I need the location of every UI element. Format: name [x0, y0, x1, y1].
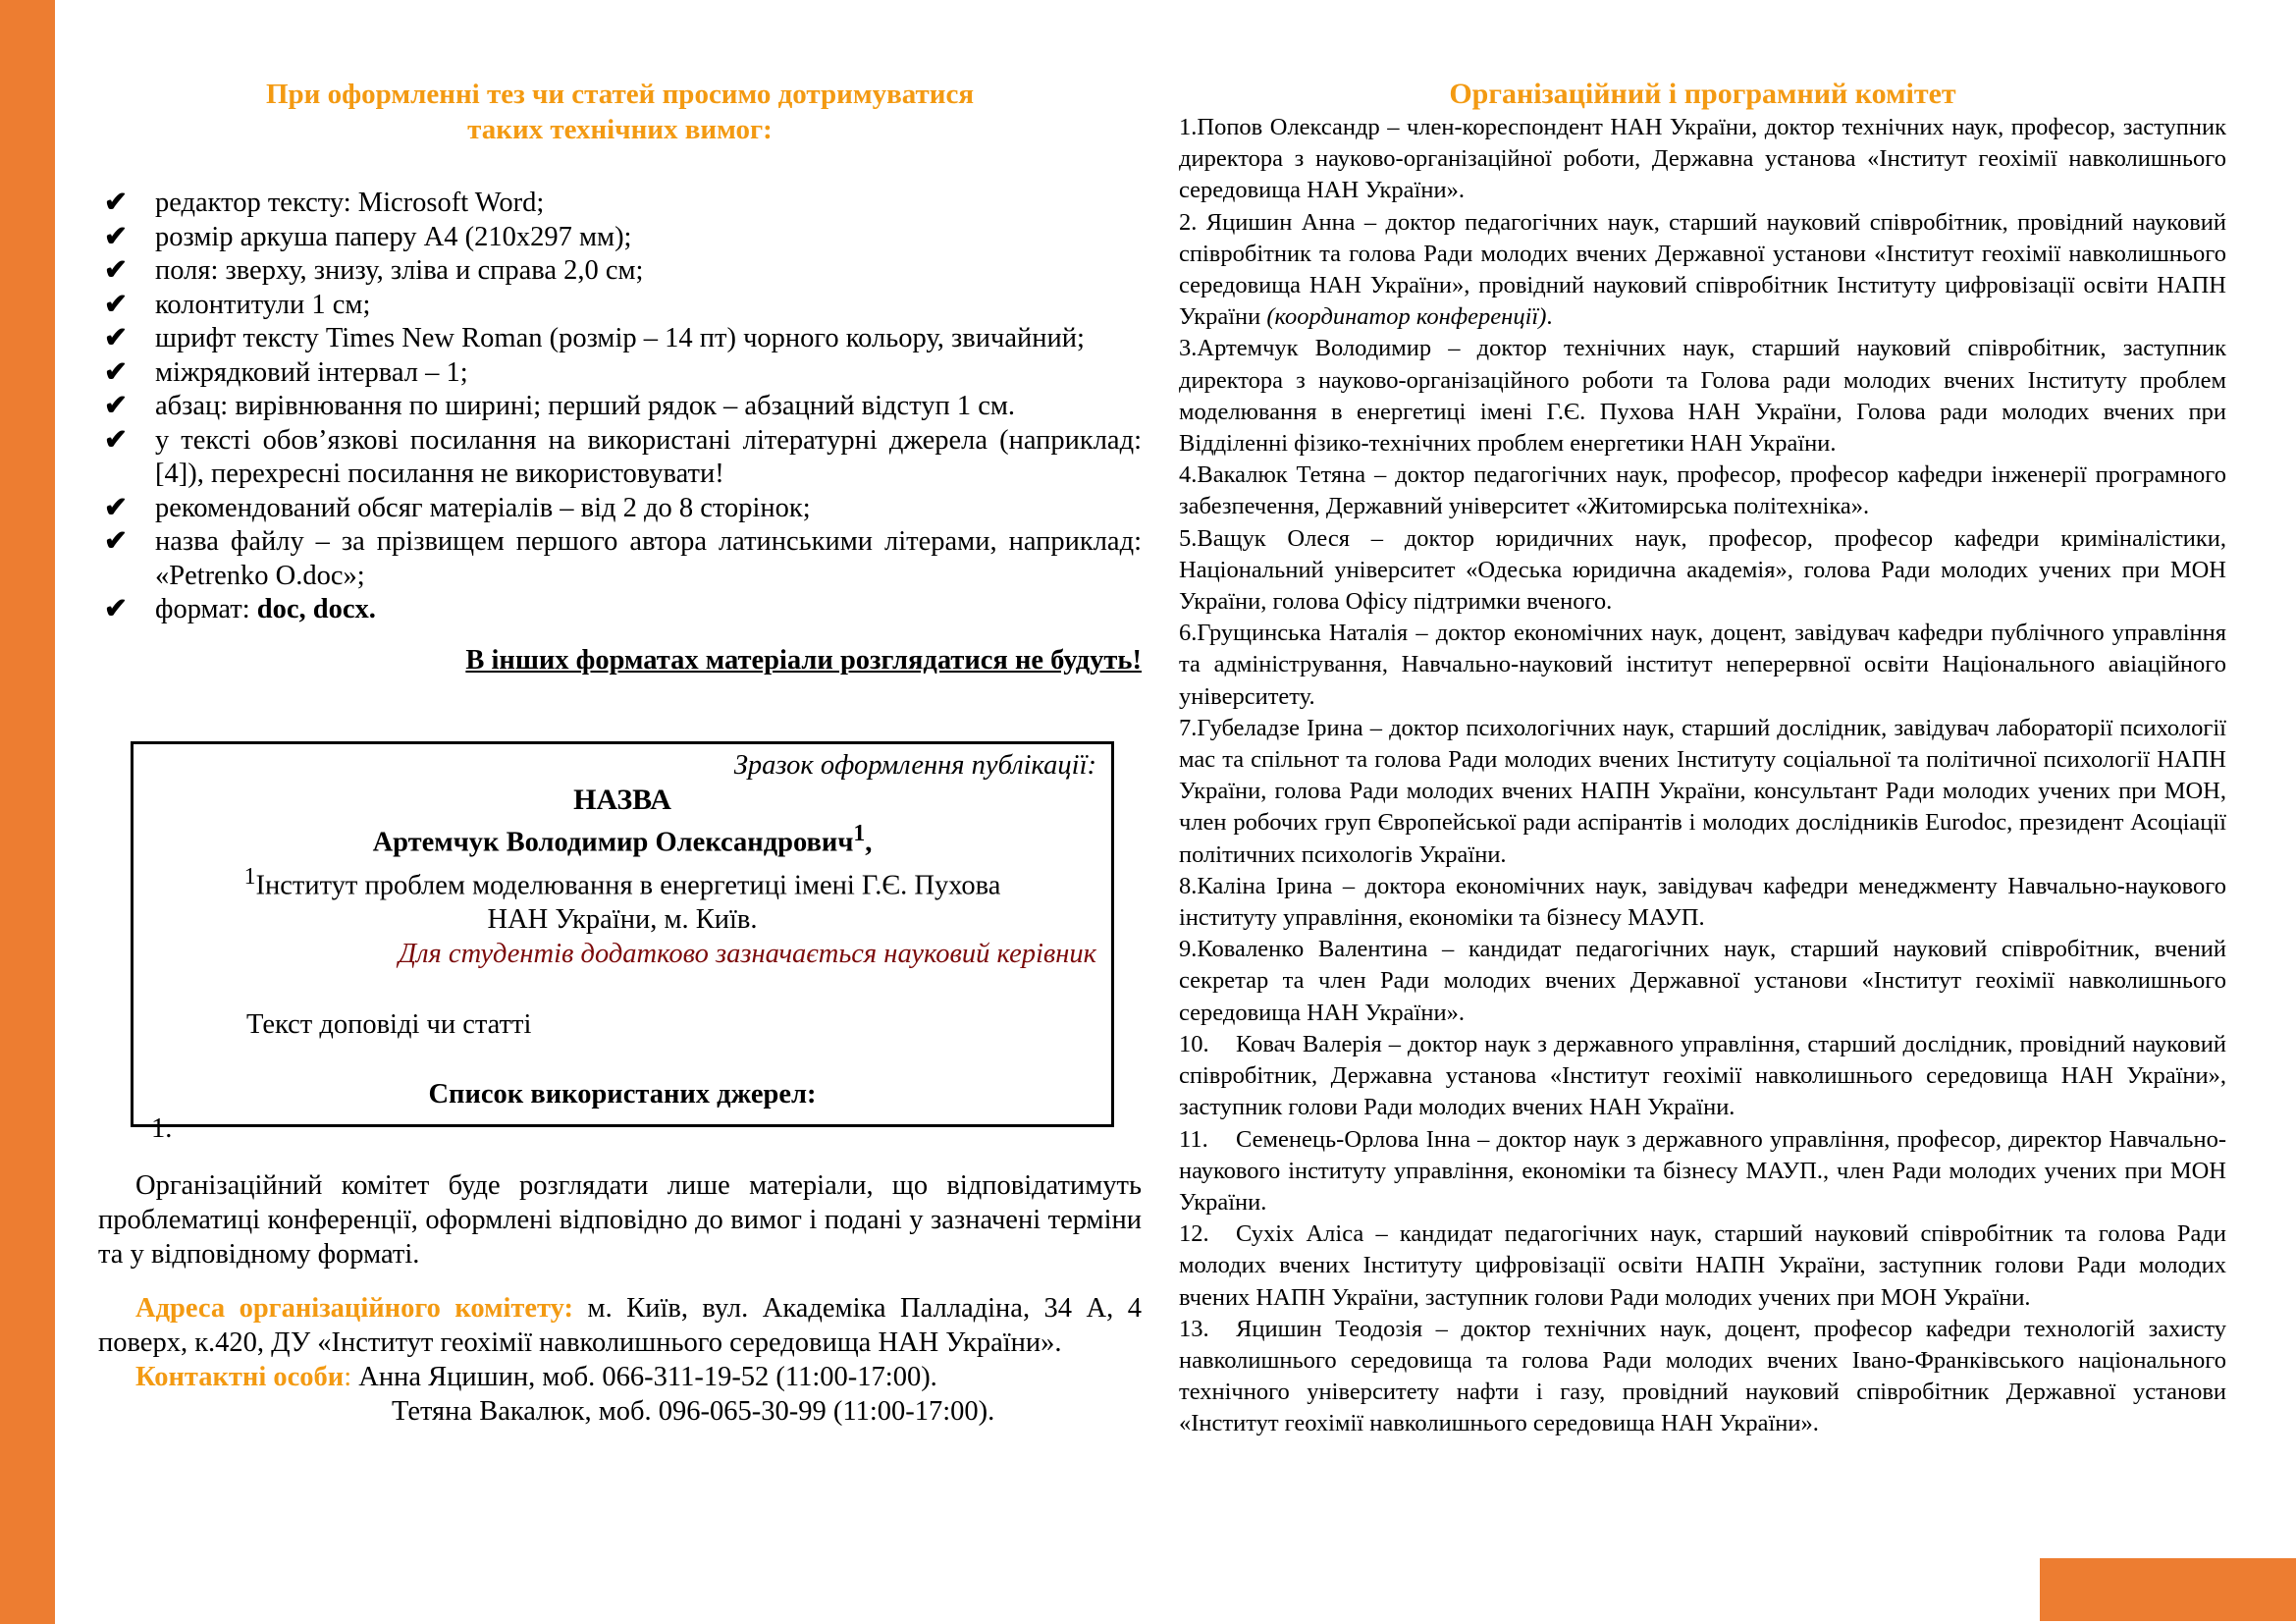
sample-author-suffix: , — [865, 828, 872, 858]
committee-member-text: Сухіх Аліса – кандидат педагогічних наук… — [1179, 1220, 2226, 1310]
publication-sample-box: Зразок оформлення публікації: НАЗВА Арте… — [131, 741, 1114, 1127]
requirement-text: абзац: вирівнювання по ширині; перший ря… — [155, 391, 1015, 421]
requirement-text: міжрядковий інтервал – 1; — [155, 357, 468, 388]
committee-member-number: 3. — [1179, 335, 1197, 361]
notice-paragraph: Організаційний комітет буде розглядати л… — [98, 1168, 1142, 1272]
check-icon: ✔ — [104, 289, 128, 323]
committee-member: 12.Сухіх Аліса – кандидат педагогічних н… — [1179, 1218, 2226, 1314]
sample-affiliation-line2: НАН України, м. Київ. — [148, 902, 1096, 937]
committee-member: 11.Семенець-Орлова Інна – доктор наук з … — [1179, 1124, 2226, 1219]
check-icon: ✔ — [104, 187, 128, 221]
committee-member: 1.Попов Олександр – член-кореспондент НА… — [1179, 112, 2226, 207]
committee-column: Організаційний і програмний комітет 1.По… — [1179, 77, 2226, 1440]
committee-member: 5.Ващук Олеся – доктор юридичних наук, п… — [1179, 523, 2226, 619]
committee-member: 13.Яцишин Теодозія – доктор технічних на… — [1179, 1314, 2226, 1440]
committee-member-text: Вакалюк Тетяна – доктор педагогічних нау… — [1179, 461, 2226, 519]
left-accent-bar — [0, 0, 55, 1624]
committee-member-number: 9. — [1179, 936, 1197, 962]
committee-member-number: 12. — [1179, 1218, 1236, 1250]
committee-member-number: 6. — [1179, 620, 1197, 646]
address-label: Адреса організаційного комітету: — [135, 1293, 573, 1324]
committee-member-text: Губеладзе Ірина – доктор психологічних н… — [1179, 715, 2226, 868]
committee-member-text: Яцишин Теодозія – доктор технічних наук,… — [1179, 1316, 2226, 1437]
requirement-text: розмір аркуша паперу А4 (210х297 мм); — [155, 222, 631, 252]
format-warning: В інших форматах матеріали розглядатися … — [98, 644, 1142, 677]
requirement-item: ✔розмір аркуша паперу А4 (210х297 мм); — [98, 221, 1142, 255]
committee-member-number: 2. — [1179, 209, 1206, 236]
committee-member-text: Артемчук Володимир – доктор технічних на… — [1179, 335, 2226, 457]
committee-member-tail: . — [1546, 303, 1552, 330]
format-label: формат: — [155, 594, 257, 624]
check-icon: ✔ — [104, 492, 128, 526]
requirement-text: у тексті обов’язкові посилання на викори… — [155, 425, 1142, 490]
requirement-item: ✔редактор тексту: Microsoft Word; — [98, 187, 1142, 221]
committee-member-number: 4. — [1179, 461, 1197, 488]
requirement-text: поля: зверху, знизу, зліва и справа 2,0 … — [155, 255, 643, 286]
requirement-text: рекомендований обсяг матеріалів – від 2 … — [155, 493, 811, 523]
sample-author: Артемчук Володимир Олександрович1, — [148, 817, 1096, 860]
committee-member: 6.Грущинська Наталія – доктор економічни… — [1179, 618, 2226, 713]
committee-member-number: 11. — [1179, 1124, 1236, 1156]
committee-member-text: Ковач Валерія – доктор наук з державного… — [1179, 1031, 2226, 1120]
sample-refs-heading: Список використаних джерел: — [148, 1077, 1096, 1111]
sample-student-note: Для студентів додатково зазначається нау… — [148, 937, 1096, 971]
committee-member: 2. Яцишин Анна – доктор педагогічних нау… — [1179, 207, 2226, 334]
contacts-colon: : — [344, 1362, 358, 1392]
committee-member-text: Ващук Олеся – доктор юридичних наук, про… — [1179, 525, 2226, 615]
sample-affiliation-sup: 1 — [244, 864, 256, 890]
check-icon: ✔ — [104, 593, 128, 627]
requirement-item: ✔поля: зверху, знизу, зліва и справа 2,0… — [98, 254, 1142, 289]
check-icon: ✔ — [104, 322, 128, 356]
sample-affiliation-line1: Інститут проблем моделювання в енергетиц… — [256, 870, 1001, 900]
committee-member-number: 13. — [1179, 1314, 1236, 1345]
requirement-text: шрифт тексту Times New Roman (розмір – 1… — [155, 323, 1085, 353]
requirement-text: назва файлу – за прізвищем першого автор… — [155, 526, 1142, 591]
format-value: doc, docx. — [257, 594, 376, 624]
committee-member: 7.Губеладзе Ірина – доктор психологічних… — [1179, 713, 2226, 871]
committee-member-text: Попов Олександр – член-кореспондент НАН … — [1179, 114, 2226, 203]
contacts-line-2: Тетяна Вакалюк, моб. 096-065-30-99 (11:0… — [98, 1394, 1142, 1429]
requirement-item: ✔колонтитули 1 см; — [98, 289, 1142, 323]
requirements-list: ✔редактор тексту: Microsoft Word; ✔розмі… — [98, 187, 1142, 627]
requirement-item-format: ✔формат: doc, docx. — [98, 593, 1142, 627]
check-icon: ✔ — [104, 390, 128, 424]
sample-author-sup: 1 — [853, 821, 865, 846]
check-icon: ✔ — [104, 424, 128, 459]
committee-member-text: Коваленко Валентина – кандидат педагогіч… — [1179, 936, 2226, 1025]
committee-member-number: 8. — [1179, 873, 1197, 899]
requirement-item: ✔рекомендований обсяг матеріалів – від 2… — [98, 492, 1142, 526]
requirements-heading-line2: таких технічних вимог: — [98, 112, 1142, 147]
committee-member: 9.Коваленко Валентина – кандидат педагог… — [1179, 934, 2226, 1029]
committee-member-number: 7. — [1179, 715, 1197, 741]
committee-member-number: 10. — [1179, 1029, 1236, 1060]
contacts-line-1: Контактні особи: Анна Яцишин, моб. 066-3… — [98, 1360, 1142, 1394]
committee-heading: Організаційний і програмний комітет — [1179, 77, 2226, 112]
requirements-column: При оформленні тез чи статей просимо дот… — [98, 77, 1142, 677]
committee-member-number: 1. — [1179, 114, 1197, 140]
sample-title: НАЗВА — [148, 783, 1096, 817]
committee-member-number: 5. — [1179, 525, 1197, 552]
sample-author-name: Артемчук Володимир Олександрович — [373, 828, 854, 858]
requirements-heading: При оформленні тез чи статей просимо дот… — [98, 77, 1142, 147]
corner-accent-bar — [2040, 1558, 2296, 1621]
contact-block: Організаційний комітет буде розглядати л… — [98, 1168, 1142, 1429]
check-icon: ✔ — [104, 525, 128, 560]
contacts-label: Контактні особи — [135, 1362, 344, 1392]
committee-member: 8.Каліна Ірина – доктора економічних нау… — [1179, 871, 2226, 934]
requirement-text: колонтитули 1 см; — [155, 290, 370, 320]
committee-member-text: Семенець-Орлова Інна – доктор наук з дер… — [1179, 1126, 2226, 1216]
coordinator-note: (координатор конференції) — [1266, 303, 1546, 330]
check-icon: ✔ — [104, 221, 128, 255]
committee-member: 10.Ковач Валерія – доктор наук з державн… — [1179, 1029, 2226, 1124]
contact-person-2: Тетяна Вакалюк, моб. 096-065-30-99 (11:0… — [392, 1396, 994, 1427]
contact-person-1: Анна Яцишин, моб. 066-311-19-52 (11:00-1… — [358, 1362, 937, 1392]
committee-member-text: Каліна Ірина – доктора економічних наук,… — [1179, 873, 2226, 931]
sample-body-text: Текст доповіді чи статті — [148, 1007, 1096, 1042]
committee-member: 4.Вакалюк Тетяна – доктор педагогічних н… — [1179, 460, 2226, 522]
check-icon: ✔ — [104, 254, 128, 289]
check-icon: ✔ — [104, 356, 128, 391]
requirement-item: ✔назва файлу – за прізвищем першого авто… — [98, 525, 1142, 593]
sample-affiliation: 1Інститут проблем моделювання в енергети… — [148, 860, 1096, 903]
committee-member: 3.Артемчук Володимир – доктор технічних … — [1179, 333, 2226, 460]
sample-ref-first: 1. — [148, 1111, 1096, 1146]
address-paragraph: Адреса організаційного комітету: м. Київ… — [98, 1291, 1142, 1360]
committee-list: 1.Попов Олександр – член-кореспондент НА… — [1179, 112, 2226, 1440]
requirement-text: редактор тексту: Microsoft Word; — [155, 188, 544, 218]
requirement-item: ✔міжрядковий інтервал – 1; — [98, 356, 1142, 391]
requirement-item: ✔шрифт тексту Times New Roman (розмір – … — [98, 322, 1142, 356]
requirement-item: ✔абзац: вирівнювання по ширині; перший р… — [98, 390, 1142, 424]
requirement-item: ✔у тексті обов’язкові посилання на викор… — [98, 424, 1142, 492]
committee-member-text: Грущинська Наталія – доктор економічних … — [1179, 620, 2226, 709]
sample-label: Зразок оформлення публікації: — [148, 748, 1096, 783]
requirements-heading-line1: При оформленні тез чи статей просимо дот… — [98, 77, 1142, 112]
